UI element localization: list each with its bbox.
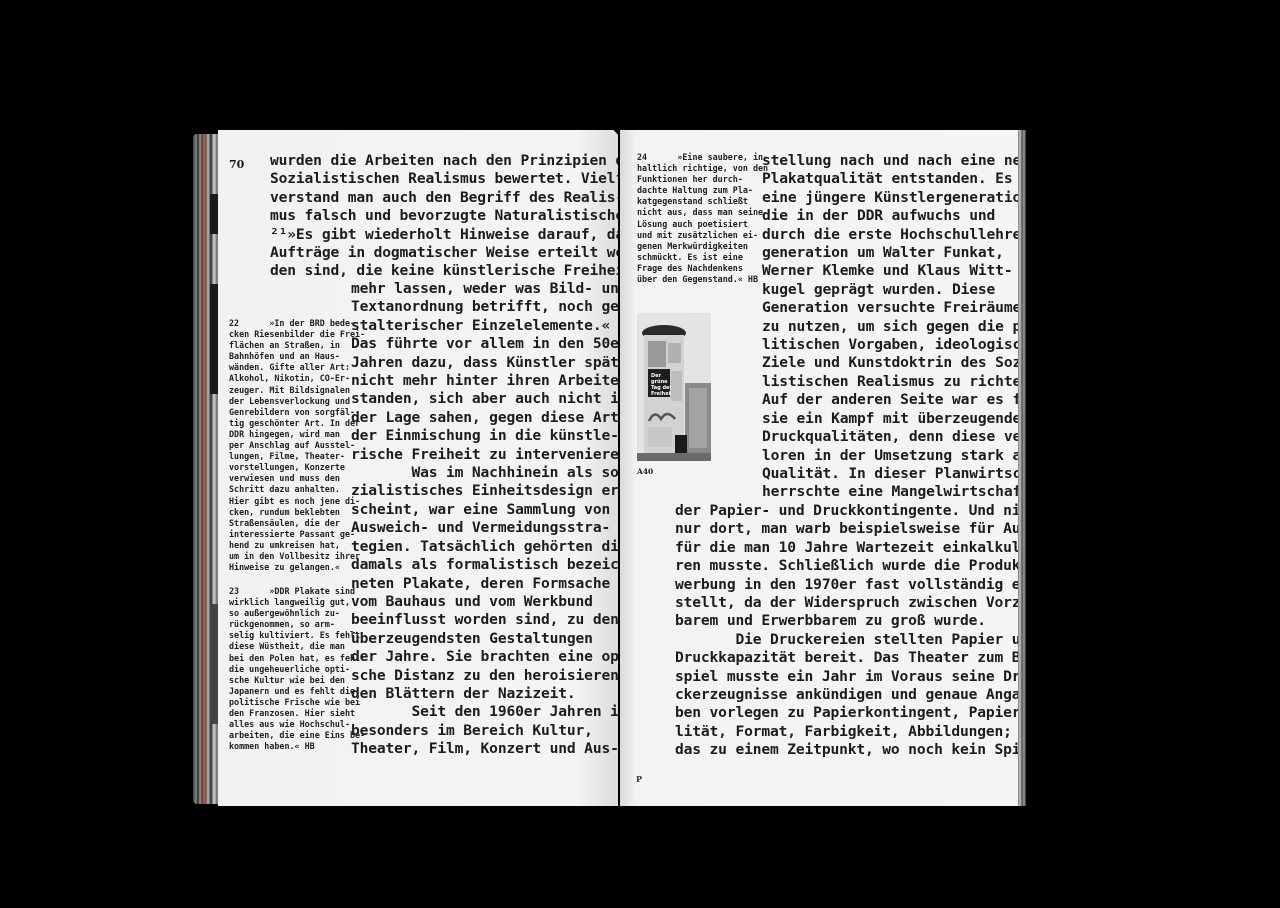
right-page: 24 »Eine saubere, in- haltlich richtige,… — [620, 130, 1018, 806]
advertising-column-image: Der grüne Tag der Freiheit — [637, 313, 711, 461]
main-text-block: der Papier- und Druckkontingente. Und ni… — [675, 502, 1018, 760]
column-text-block: stellung nach und nach eine neue Plakatq… — [762, 152, 1018, 502]
main-text-block: wurden die Arbeiten nach den Prinzipien … — [270, 152, 618, 281]
section-marker: P — [636, 774, 642, 784]
open-book-spread: 70 wurden die Arbeiten nach den Prinzipi… — [193, 128, 1028, 808]
left-page: 70 wurden die Arbeiten nach den Prinzipi… — [218, 130, 618, 806]
footnote-23: 23 »DDR Plakate sind wirklich langweilig… — [229, 586, 365, 752]
footnote-24: 24 »Eine saubere, in- haltlich richtige,… — [637, 152, 768, 285]
page-edges-left — [193, 134, 220, 804]
footnote-22: 22 »In der BRD bede- cken Riesenbilder d… — [229, 318, 365, 573]
column-text-block: mehr lassen, weder was Bild- und Textano… — [351, 280, 618, 759]
advertising-column-photo: Der grüne Tag der Freiheit — [637, 313, 711, 461]
svg-text:Freiheit: Freiheit — [651, 391, 673, 397]
figure-caption: A40 — [637, 467, 653, 476]
page-edges-right — [1018, 130, 1026, 806]
page-number: 70 — [229, 158, 244, 171]
